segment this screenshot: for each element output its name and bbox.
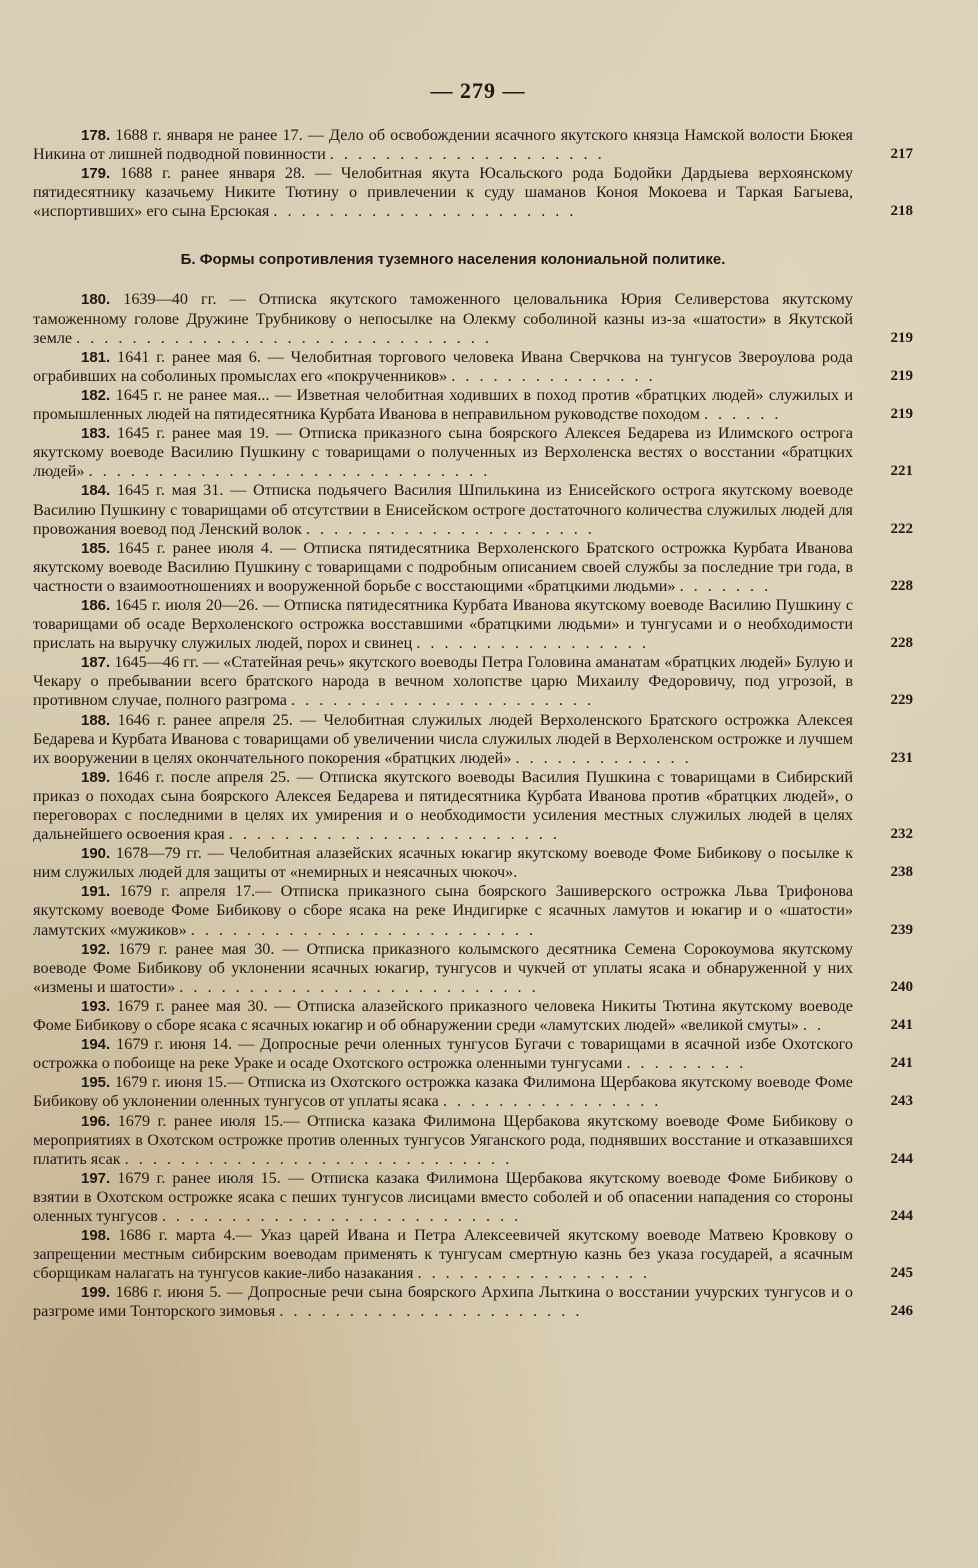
entry-text: 180. 1639—40 гг. — Отписка якутского там… [33, 290, 853, 347]
leader-dots: . . . . . . . . . . . . . . . . . . . . … [76, 329, 489, 347]
document-page: — 279 — 178. 1688 г. января не ранее 17.… [33, 0, 913, 1322]
list-item: 194. 1679 г. июня 14. — Допросные речи о… [33, 1035, 913, 1073]
section-heading: Б. Формы сопротивления туземного населен… [33, 251, 913, 268]
page-reference: 219 [863, 367, 913, 386]
entry-number: 188. [81, 712, 110, 729]
list-item: 179. 1688 г. ранее января 28. — Челобитн… [33, 164, 913, 221]
entry-number: 187. [81, 654, 110, 671]
list-item: 199. 1686 г. июня 5. — Допросные речи сы… [33, 1283, 913, 1321]
entry-text: 198. 1686 г. марта 4.— Указ царей Ивана … [33, 1226, 853, 1283]
leader-dots: . . . . . . . . . . . . . . . [451, 367, 652, 385]
entry-text: 181. 1641 г. ранее мая 6. — Челобитная т… [33, 348, 853, 386]
list-item: 190. 1678—79 гг. — Челобитная алазейских… [33, 844, 913, 882]
page-reference: 243 [863, 1092, 913, 1111]
entry-number: 192. [81, 941, 110, 958]
list-item: 195. 1679 г. июня 15.— Отписка из Охотск… [33, 1073, 913, 1111]
list-item: 185. 1645 г. ранее июля 4. — Отписка пят… [33, 539, 913, 596]
page-reference: 240 [863, 978, 913, 997]
entry-text: 193. 1679 г. ранее мая 30. — Отписка ала… [33, 997, 853, 1035]
leader-dots: . . . . . . . [680, 577, 769, 595]
entry-text: 190. 1678—79 гг. — Челобитная алазейских… [33, 844, 853, 882]
page-reference: 218 [863, 202, 913, 221]
page-reference: 245 [863, 1264, 913, 1283]
page-reference: 219 [863, 329, 913, 348]
entry-text: 179. 1688 г. ранее января 28. — Челобитн… [33, 164, 853, 221]
entry-text: 196. 1679 г. ранее июля 15.— Отписка каз… [33, 1112, 853, 1169]
page-reference: 222 [863, 520, 913, 539]
section-b-entries: 180. 1639—40 гг. — Отписка якутского там… [33, 290, 913, 1321]
entry-text: 188. 1646 г. ранее апреля 25. — Челобитн… [33, 711, 853, 768]
list-item: 184. 1645 г. мая 31. — Отписка подьячего… [33, 481, 913, 538]
list-item: 197. 1679 г. ранее июля 15. — Отписка ка… [33, 1169, 913, 1226]
entry-text: 192. 1679 г. ранее мая 30. — Отписка при… [33, 940, 853, 997]
page-reference: 244 [863, 1150, 913, 1169]
leader-dots: . . . . . . . . . . . . . . . . . . . . … [279, 1302, 579, 1320]
section-a-entries: 178. 1688 г. января не ранее 17. — Дело … [33, 126, 913, 221]
page-reference: 241 [863, 1016, 913, 1035]
entry-number: 198. [81, 1227, 110, 1244]
entry-text: 197. 1679 г. ранее июля 15. — Отписка ка… [33, 1169, 853, 1226]
list-item: 198. 1686 г. марта 4.— Указ царей Ивана … [33, 1226, 913, 1283]
page-reference: 231 [863, 749, 913, 768]
page-number: — 279 — [33, 78, 913, 108]
entry-number: 179. [81, 165, 110, 182]
leader-dots: . . . . . . . . . . . . . . . . . . . . … [89, 462, 488, 480]
entry-number: 189. [81, 769, 110, 786]
leader-dots: . . . . . . . . . . . . . . . . . . . . … [306, 520, 592, 538]
page-reference: 217 [863, 145, 913, 164]
entry-description: 1678—79 гг. — Челобитная алазейских ясач… [33, 844, 853, 881]
entry-description: 1646 г. ранее апреля 25. — Челобитная сл… [33, 711, 853, 767]
page-reference: 229 [863, 691, 913, 710]
list-item: 180. 1639—40 гг. — Отписка якутского там… [33, 290, 913, 347]
leader-dots: . . . . . . . . . . . . . . . . . . . . … [291, 691, 591, 709]
leader-dots: . . . . . . . . . . . . . . . . . [417, 1264, 647, 1282]
leader-dots: . . . . . . . . . . . . . . . . . . . . … [191, 921, 533, 939]
list-item: 192. 1679 г. ранее мая 30. — Отписка при… [33, 940, 913, 997]
leader-dots: . . . . . . . . . . . . . . . . . . . . … [273, 202, 573, 220]
leader-dots: . . . . . . . . . . . . . . . . . . . . … [162, 1207, 518, 1225]
page-reference: 232 [863, 825, 913, 844]
entry-number: 194. [81, 1036, 110, 1053]
leader-dots: . . . . . . . . . . . . . . . . . . . . … [179, 978, 535, 996]
list-item: 189. 1646 г. после апреля 25. — Отписка … [33, 768, 913, 844]
entry-description: 1679 г. ранее мая 30. — Отписка алазейск… [33, 997, 853, 1034]
leader-dots: . . . . . . . . . . . . . . . . . . . . [330, 145, 602, 163]
entry-number: 184. [81, 482, 110, 499]
entry-number: 199. [81, 1284, 110, 1301]
leader-dots: . . . . . . . . . . . . . [515, 749, 688, 767]
list-item: 186. 1645 г. июля 20—26. — Отписка пятид… [33, 596, 913, 653]
leader-dots: . . . . . . . . . . . . . . . . [443, 1092, 658, 1110]
list-item: 187. 1645—46 гг. — «Статейная речь» якут… [33, 653, 913, 710]
entry-number: 181. [81, 349, 110, 366]
page-reference: 228 [863, 577, 913, 596]
entry-number: 190. [81, 845, 110, 862]
page-reference: 219 [863, 405, 913, 424]
list-item: 181. 1641 г. ранее мая 6. — Челобитная т… [33, 348, 913, 386]
entry-number: 185. [81, 540, 110, 557]
entry-text: 195. 1679 г. июня 15.— Отписка из Охотск… [33, 1073, 853, 1111]
entry-text: 178. 1688 г. января не ранее 17. — Дело … [33, 126, 853, 164]
entry-number: 182. [81, 387, 110, 404]
entry-text: 184. 1645 г. мая 31. — Отписка подьячего… [33, 481, 853, 538]
page-reference: 221 [863, 462, 913, 481]
page-reference: 239 [863, 921, 913, 940]
entry-number: 180. [81, 291, 110, 308]
entry-number: 193. [81, 998, 110, 1015]
entry-number: 183. [81, 425, 110, 442]
entry-text: 183. 1645 г. ранее мая 19. — Отписка при… [33, 424, 853, 481]
entry-text: 182. 1645 г. не ранее мая... — Изветная … [33, 386, 853, 424]
list-item: 182. 1645 г. не ранее мая... — Изветная … [33, 386, 913, 424]
entry-number: 178. [81, 127, 110, 144]
page-reference: 238 [863, 863, 913, 882]
list-item: 178. 1688 г. января не ранее 17. — Дело … [33, 126, 913, 164]
page-reference: 246 [863, 1302, 913, 1321]
entry-number: 196. [81, 1113, 110, 1130]
leader-dots: . . . . . . . . . [626, 1054, 743, 1072]
entry-text: 191. 1679 г. апреля 17.— Отписка приказн… [33, 882, 853, 939]
leader-dots: . . [803, 1016, 821, 1034]
entry-number: 195. [81, 1074, 110, 1091]
entry-text: 189. 1646 г. после апреля 25. — Отписка … [33, 768, 853, 844]
list-item: 196. 1679 г. ранее июля 15.— Отписка каз… [33, 1112, 913, 1169]
entry-number: 186. [81, 597, 110, 614]
leader-dots: . . . . . . . . . . . . . . . . . [416, 634, 646, 652]
entry-text: 199. 1686 г. июня 5. — Допросные речи сы… [33, 1283, 853, 1321]
list-item: 188. 1646 г. ранее апреля 25. — Челобитн… [33, 711, 913, 768]
entry-text: 186. 1645 г. июля 20—26. — Отписка пятид… [33, 596, 853, 653]
page-reference: 228 [863, 634, 913, 653]
leader-dots: . . . . . . . . . . . . . . . . . . . . … [229, 825, 557, 843]
leader-dots: . . . . . . [704, 405, 779, 423]
entry-text: 185. 1645 г. ранее июля 4. — Отписка пят… [33, 539, 853, 596]
list-item: 183. 1645 г. ранее мая 19. — Отписка при… [33, 424, 913, 481]
page-reference: 244 [863, 1207, 913, 1226]
page-reference: 241 [863, 1054, 913, 1073]
entry-number: 191. [81, 883, 110, 900]
entry-text: 194. 1679 г. июня 14. — Допросные речи о… [33, 1035, 853, 1073]
entry-text: 187. 1645—46 гг. — «Статейная речь» якут… [33, 653, 853, 710]
entry-number: 197. [81, 1170, 110, 1187]
entry-description: 1641 г. ранее мая 6. — Челобитная торгов… [33, 348, 853, 385]
list-item: 193. 1679 г. ранее мая 30. — Отписка ала… [33, 997, 913, 1035]
list-item: 191. 1679 г. апреля 17.— Отписка приказн… [33, 882, 913, 939]
leader-dots: . . . . . . . . . . . . . . . . . . . . … [125, 1150, 510, 1168]
